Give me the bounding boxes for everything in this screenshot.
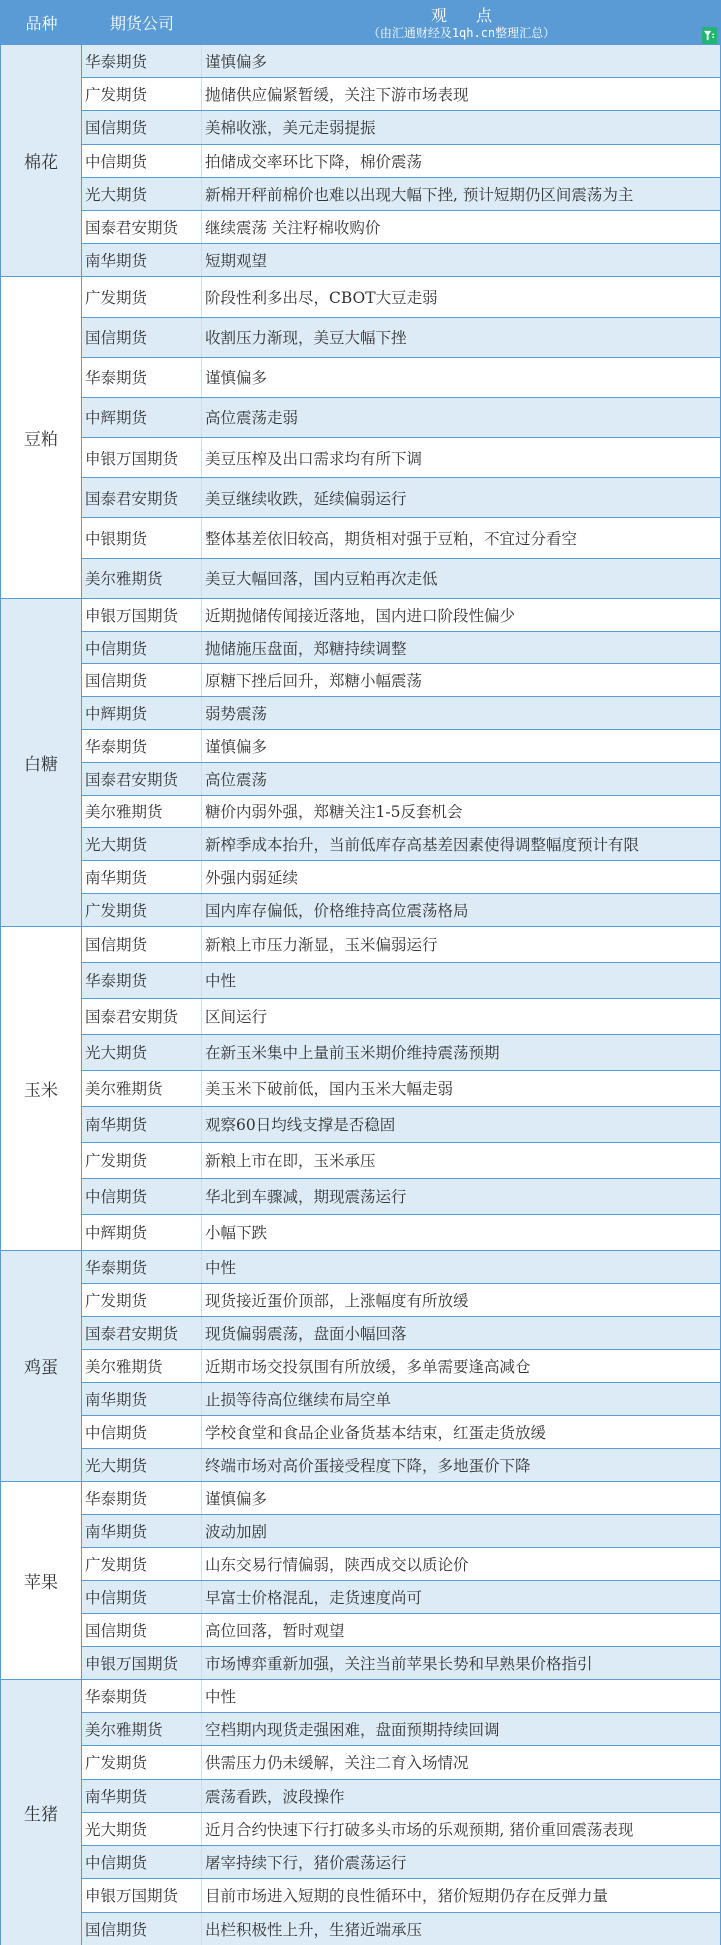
- table-row: 华泰期货谨慎偏多: [82, 730, 721, 763]
- view-cell: 华北到车骤减，期现震荡运行: [202, 1179, 720, 1214]
- view-cell: 高位震荡走弱: [202, 398, 720, 437]
- company-cell: 广发期货: [82, 1143, 202, 1178]
- company-cell: 中辉期货: [82, 697, 202, 729]
- company-cell: 南华期货: [82, 244, 202, 276]
- category-cell: 鸡蛋: [1, 1251, 82, 1482]
- view-cell: 拍储成交率环比下降，棉价震荡: [202, 145, 720, 177]
- view-cell: 美棉收涨，美元走弱提振: [202, 111, 720, 143]
- table-row: 美尔雅期货美豆大幅回落，国内豆粕再次走低: [82, 559, 721, 599]
- company-cell: 国泰君安期货: [82, 211, 202, 243]
- view-cell: 出栏积极性上升，生猪近端承压: [202, 1913, 720, 1945]
- company-cell: 广发期货: [82, 894, 202, 926]
- table-row: 南华期货震荡看跌，波段操作: [82, 1780, 721, 1813]
- table-row: 广发期货新粮上市在即，玉米承压: [82, 1143, 721, 1179]
- company-cell: 中信期货: [82, 1581, 202, 1613]
- view-cell: 近期市场交投氛围有所放缓，多单需要逢高减仓: [202, 1350, 720, 1382]
- company-cell: 中信期货: [82, 632, 202, 664]
- table-row: 光大期货新棉开秤前棉价也难以出现大幅下挫, 预计短期仍区间震荡为主: [82, 178, 721, 211]
- table-row: 美尔雅期货糖价内弱外强，郑糖关注1-5反套机会: [82, 796, 721, 829]
- table-row: 美尔雅期货美玉米下破前低，国内玉米大幅走弱: [82, 1071, 721, 1107]
- category-section: 生猪华泰期货中性美尔雅期货空档期内现货走强困难，盘面预期持续回调广发期货供需压力…: [1, 1680, 721, 1945]
- company-cell: 南华期货: [82, 1383, 202, 1415]
- table-row: 国信期货收割压力渐现，美豆大幅下挫: [82, 318, 721, 358]
- view-cell: 屠宰持续下行，猪价震荡运行: [202, 1846, 720, 1878]
- company-rows: 广发期货阶段性利多出尽，CBOT大豆走弱国信期货收割压力渐现，美豆大幅下挫华泰期…: [82, 277, 721, 599]
- header-view-title: 观 点: [431, 6, 504, 26]
- company-cell: 中辉期货: [82, 398, 202, 437]
- view-cell: 整体基差依旧较高，期货相对强于豆粕，不宜过分看空: [202, 518, 720, 557]
- view-cell: 小幅下跌: [202, 1215, 720, 1250]
- company-rows: 华泰期货中性广发期货现货接近蛋价顶部，上涨幅度有所放缓国泰君安期货现货偏弱震荡，…: [82, 1251, 721, 1482]
- company-cell: 华泰期货: [82, 45, 202, 77]
- company-cell: 南华期货: [82, 861, 202, 893]
- company-rows: 国信期货新粮上市压力渐显，玉米偏弱运行华泰期货中性国泰君安期货区间运行光大期货在…: [82, 927, 721, 1251]
- company-rows: 申银万国期货近期抛储传闻接近落地，国内进口阶段性偏少中信期货抛储施压盘面，郑糖持…: [82, 599, 721, 927]
- company-cell: 南华期货: [82, 1107, 202, 1142]
- table-row: 广发期货现货接近蛋价顶部，上涨幅度有所放缓: [82, 1284, 721, 1317]
- company-cell: 国泰君安期货: [82, 999, 202, 1034]
- table-row: 华泰期货中性: [82, 963, 721, 999]
- company-cell: 美尔雅期货: [82, 1071, 202, 1106]
- category-cell: 白糖: [1, 599, 82, 927]
- table-row: 光大期货近月合约快速下行打破多头市场的乐观预期, 猪价重回震荡表现: [82, 1813, 721, 1846]
- table-row: 中信期货屠宰持续下行，猪价震荡运行: [82, 1846, 721, 1879]
- company-rows: 华泰期货中性美尔雅期货空档期内现货走强困难，盘面预期持续回调广发期货供需压力仍未…: [82, 1680, 721, 1945]
- table-row: 光大期货终端市场对高价蛋接受程度下降，多地蛋价下降: [82, 1449, 721, 1482]
- company-cell: 中辉期货: [82, 1215, 202, 1250]
- table-row: 国信期货原糖下挫后回升，郑糖小幅震荡: [82, 664, 721, 697]
- company-cell: 广发期货: [82, 277, 202, 316]
- company-cell: 国信期货: [82, 318, 202, 357]
- table-row: 光大期货新榨季成本抬升，当前低库存高基差因素使得调整幅度预计有限: [82, 828, 721, 861]
- view-cell: 供需压力仍未缓解，关注二育入场情况: [202, 1746, 720, 1778]
- table-row: 广发期货国内库存偏低，价格维持高位震荡格局: [82, 894, 721, 927]
- company-cell: 南华期货: [82, 1515, 202, 1547]
- table-row: 中信期货拍储成交率环比下降，棉价震荡: [82, 145, 721, 178]
- category-cell: 豆粕: [1, 277, 82, 599]
- table-row: 中辉期货高位震荡走弱: [82, 398, 721, 438]
- table-row: 华泰期货谨慎偏多: [82, 1482, 721, 1515]
- table-row: 南华期货短期观望: [82, 244, 721, 277]
- company-cell: 国信期货: [82, 664, 202, 696]
- table-row: 中银期货整体基差依旧较高，期货相对强于豆粕，不宜过分看空: [82, 518, 721, 558]
- category-section: 玉米国信期货新粮上市压力渐显，玉米偏弱运行华泰期货中性国泰君安期货区间运行光大期…: [1, 927, 721, 1251]
- header-view: 观 点 （由汇通财经及1qh.cn整理汇总）: [202, 0, 721, 45]
- view-cell: 原糖下挫后回升，郑糖小幅震荡: [202, 664, 720, 696]
- table-row: 申银万国期货近期抛储传闻接近落地，国内进口阶段性偏少: [82, 599, 721, 632]
- view-cell: 近期抛储传闻接近落地，国内进口阶段性偏少: [202, 599, 720, 631]
- category-section: 豆粕广发期货阶段性利多出尽，CBOT大豆走弱国信期货收割压力渐现，美豆大幅下挫华…: [1, 277, 721, 599]
- table-row: 华泰期货谨慎偏多: [82, 358, 721, 398]
- view-cell: 空档期内现货走强困难，盘面预期持续回调: [202, 1713, 720, 1745]
- header-category: 品种: [1, 0, 82, 45]
- table-row: 申银万国期货市场博弈重新加强，关注当前苹果长势和早熟果价格指引: [82, 1647, 721, 1680]
- category-section: 棉花华泰期货谨慎偏多广发期货抛储供应偏紧暂缓，关注下游市场表现国信期货美棉收涨，…: [1, 45, 721, 277]
- view-cell: 新榨季成本抬升，当前低库存高基差因素使得调整幅度预计有限: [202, 828, 720, 860]
- company-cell: 光大期货: [82, 828, 202, 860]
- table-row: 申银万国期货目前市场进入短期的良性循环中，猪价短期仍存在反弹力量: [82, 1879, 721, 1912]
- category-section: 鸡蛋华泰期货中性广发期货现货接近蛋价顶部，上涨幅度有所放缓国泰君安期货现货偏弱震…: [1, 1251, 721, 1482]
- table-row: 国泰君安期货区间运行: [82, 999, 721, 1035]
- table-header: 品种 期货公司 观 点 （由汇通财经及1qh.cn整理汇总）: [1, 0, 721, 45]
- table-row: 南华期货波动加剧: [82, 1515, 721, 1548]
- company-cell: 华泰期货: [82, 1482, 202, 1514]
- view-cell: 山东交易行情偏弱，陕西成交以质论价: [202, 1548, 720, 1580]
- table-row: 华泰期货谨慎偏多: [82, 45, 721, 78]
- company-cell: 广发期货: [82, 1548, 202, 1580]
- company-cell: 光大期货: [82, 1449, 202, 1481]
- table-row: 南华期货止损等待高位继续布局空单: [82, 1383, 721, 1416]
- company-cell: 中信期货: [82, 1179, 202, 1214]
- view-cell: 新粮上市在即，玉米承压: [202, 1143, 720, 1178]
- view-cell: 区间运行: [202, 999, 720, 1034]
- table-row: 国信期货新粮上市压力渐显，玉米偏弱运行: [82, 927, 721, 963]
- category-cell: 棉花: [1, 45, 82, 277]
- category-cell: 玉米: [1, 927, 82, 1251]
- view-cell: 中性: [202, 1251, 720, 1283]
- view-cell: 学校食堂和食品企业备货基本结束，红蛋走货放缓: [202, 1416, 720, 1448]
- table-row: 南华期货观察60日均线支撑是否稳固: [82, 1107, 721, 1143]
- view-cell: 外强内弱延续: [202, 861, 720, 893]
- table-row: 广发期货阶段性利多出尽，CBOT大豆走弱: [82, 277, 721, 317]
- company-cell: 南华期货: [82, 1780, 202, 1812]
- company-cell: 国泰君安期货: [82, 478, 202, 517]
- view-cell: 美豆大幅回落，国内豆粕再次走低: [202, 559, 720, 598]
- view-cell: 美豆继续收跌，延续偏弱运行: [202, 478, 720, 517]
- company-cell: 国信期货: [82, 1913, 202, 1945]
- view-cell: 糖价内弱外强，郑糖关注1-5反套机会: [202, 796, 720, 828]
- view-cell: 市场博弈重新加强，关注当前苹果长势和早熟果价格指引: [202, 1647, 720, 1679]
- company-cell: 华泰期货: [82, 730, 202, 762]
- company-cell: 广发期货: [82, 1746, 202, 1778]
- company-cell: 光大期货: [82, 1035, 202, 1070]
- company-cell: 华泰期货: [82, 1251, 202, 1283]
- company-cell: 光大期货: [82, 1813, 202, 1845]
- table-row: 中信期货华北到车骤减，期现震荡运行: [82, 1179, 721, 1215]
- view-cell: 继续震荡 关注籽棉收购价: [202, 211, 720, 243]
- view-cell: 在新玉米集中上量前玉米期价维持震荡预期: [202, 1035, 720, 1070]
- table-row: 华泰期货中性: [82, 1251, 721, 1284]
- company-cell: 国泰君安期货: [82, 763, 202, 795]
- company-cell: 华泰期货: [82, 358, 202, 397]
- company-cell: 中信期货: [82, 1846, 202, 1878]
- company-cell: 申银万国期货: [82, 438, 202, 477]
- futures-views-table: 品种 期货公司 观 点 （由汇通财经及1qh.cn整理汇总） 棉花华泰期货谨慎偏…: [0, 0, 721, 1945]
- filter-icon: [704, 30, 715, 41]
- view-cell: 中性: [202, 963, 720, 998]
- view-cell: 谨慎偏多: [202, 358, 720, 397]
- table-row: 光大期货在新玉米集中上量前玉米期价维持震荡预期: [82, 1035, 721, 1071]
- category-cell: 苹果: [1, 1482, 82, 1680]
- table-row: 国泰君安期货美豆继续收跌，延续偏弱运行: [82, 478, 721, 518]
- view-cell: 新粮上市压力渐显，玉米偏弱运行: [202, 927, 720, 962]
- view-cell: 早富士价格混乱，走货速度尚可: [202, 1581, 720, 1613]
- table-row: 华泰期货中性: [82, 1680, 721, 1713]
- view-cell: 现货接近蛋价顶部，上涨幅度有所放缓: [202, 1284, 720, 1316]
- table-row: 美尔雅期货近期市场交投氛围有所放缓，多单需要逢高减仓: [82, 1350, 721, 1383]
- view-cell: 国内库存偏低，价格维持高位震荡格局: [202, 894, 720, 926]
- table-row: 国泰君安期货现货偏弱震荡，盘面小幅回落: [82, 1317, 721, 1350]
- view-cell: 新棉开秤前棉价也难以出现大幅下挫, 预计短期仍区间震荡为主: [202, 178, 720, 210]
- view-cell: 收割压力渐现，美豆大幅下挫: [202, 318, 720, 357]
- table-body: 棉花华泰期货谨慎偏多广发期货抛储供应偏紧暂缓，关注下游市场表现国信期货美棉收涨，…: [1, 45, 721, 1945]
- view-cell: 谨慎偏多: [202, 1482, 720, 1514]
- company-cell: 中信期货: [82, 145, 202, 177]
- category-section: 白糖申银万国期货近期抛储传闻接近落地，国内进口阶段性偏少中信期货抛储施压盘面，郑…: [1, 599, 721, 927]
- view-cell: 高位回落，暂时观望: [202, 1614, 720, 1646]
- table-row: 国信期货美棉收涨，美元走弱提振: [82, 111, 721, 144]
- company-cell: 国泰君安期货: [82, 1317, 202, 1349]
- company-cell: 申银万国期货: [82, 599, 202, 631]
- table-row: 申银万国期货美豆压榨及出口需求均有所下调: [82, 438, 721, 478]
- company-cell: 中银期货: [82, 518, 202, 557]
- table-row: 中信期货学校食堂和食品企业备货基本结束，红蛋走货放缓: [82, 1416, 721, 1449]
- table-row: 广发期货供需压力仍未缓解，关注二育入场情况: [82, 1746, 721, 1779]
- view-cell: 目前市场进入短期的良性循环中，猪价短期仍存在反弹力量: [202, 1879, 720, 1911]
- category-cell: 生猪: [1, 1680, 82, 1945]
- table-row: 中信期货早富士价格混乱，走货速度尚可: [82, 1581, 721, 1614]
- company-cell: 美尔雅期货: [82, 559, 202, 598]
- view-cell: 美玉米下破前低，国内玉米大幅走弱: [202, 1071, 720, 1106]
- table-row: 中辉期货小幅下跌: [82, 1215, 721, 1251]
- category-section: 苹果华泰期货谨慎偏多南华期货波动加剧广发期货山东交易行情偏弱，陕西成交以质论价中…: [1, 1482, 721, 1680]
- company-cell: 美尔雅期货: [82, 796, 202, 828]
- view-cell: 近月合约快速下行打破多头市场的乐观预期, 猪价重回震荡表现: [202, 1813, 720, 1845]
- company-cell: 广发期货: [82, 78, 202, 110]
- company-cell: 光大期货: [82, 178, 202, 210]
- company-cell: 美尔雅期货: [82, 1713, 202, 1745]
- company-cell: 国信期货: [82, 927, 202, 962]
- company-cell: 美尔雅期货: [82, 1350, 202, 1382]
- table-row: 美尔雅期货空档期内现货走强困难，盘面预期持续回调: [82, 1713, 721, 1746]
- company-cell: 中信期货: [82, 1416, 202, 1448]
- view-cell: 震荡看跌，波段操作: [202, 1780, 720, 1812]
- view-cell: 美豆压榨及出口需求均有所下调: [202, 438, 720, 477]
- table-row: 中辉期货弱势震荡: [82, 697, 721, 730]
- view-cell: 波动加剧: [202, 1515, 720, 1547]
- header-company: 期货公司: [82, 0, 202, 45]
- company-cell: 国信期货: [82, 111, 202, 143]
- table-row: 南华期货外强内弱延续: [82, 861, 721, 894]
- view-cell: 中性: [202, 1680, 720, 1712]
- table-row: 广发期货山东交易行情偏弱，陕西成交以质论价: [82, 1548, 721, 1581]
- company-cell: 国信期货: [82, 1614, 202, 1646]
- company-cell: 华泰期货: [82, 1680, 202, 1712]
- company-cell: 广发期货: [82, 1284, 202, 1316]
- company-cell: 申银万国期货: [82, 1647, 202, 1679]
- view-cell: 观察60日均线支撑是否稳固: [202, 1107, 720, 1142]
- view-cell: 抛储供应偏紧暂缓，关注下游市场表现: [202, 78, 720, 110]
- view-cell: 终端市场对高价蛋接受程度下降，多地蛋价下降: [202, 1449, 720, 1481]
- table-row: 广发期货抛储供应偏紧暂缓，关注下游市场表现: [82, 78, 721, 111]
- view-cell: 弱势震荡: [202, 697, 720, 729]
- filter-button[interactable]: [702, 27, 717, 44]
- view-cell: 谨慎偏多: [202, 45, 720, 77]
- view-cell: 抛储施压盘面，郑糖持续调整: [202, 632, 720, 664]
- company-rows: 华泰期货谨慎偏多广发期货抛储供应偏紧暂缓，关注下游市场表现国信期货美棉收涨，美元…: [82, 45, 721, 277]
- company-rows: 华泰期货谨慎偏多南华期货波动加剧广发期货山东交易行情偏弱，陕西成交以质论价中信期…: [82, 1482, 721, 1680]
- table-row: 国信期货高位回落，暂时观望: [82, 1614, 721, 1647]
- table-row: 国泰君安期货继续震荡 关注籽棉收购价: [82, 211, 721, 244]
- view-cell: 高位震荡: [202, 763, 720, 795]
- table-row: 国泰君安期货高位震荡: [82, 763, 721, 796]
- view-cell: 阶段性利多出尽，CBOT大豆走弱: [202, 277, 720, 316]
- view-cell: 短期观望: [202, 244, 720, 276]
- header-view-subtitle: （由汇通财经及1qh.cn整理汇总）: [368, 26, 555, 40]
- company-cell: 华泰期货: [82, 963, 202, 998]
- table-row: 国信期货出栏积极性上升，生猪近端承压: [82, 1913, 721, 1945]
- view-cell: 现货偏弱震荡，盘面小幅回落: [202, 1317, 720, 1349]
- view-cell: 止损等待高位继续布局空单: [202, 1383, 720, 1415]
- view-cell: 谨慎偏多: [202, 730, 720, 762]
- table-row: 中信期货抛储施压盘面，郑糖持续调整: [82, 632, 721, 665]
- company-cell: 申银万国期货: [82, 1879, 202, 1911]
